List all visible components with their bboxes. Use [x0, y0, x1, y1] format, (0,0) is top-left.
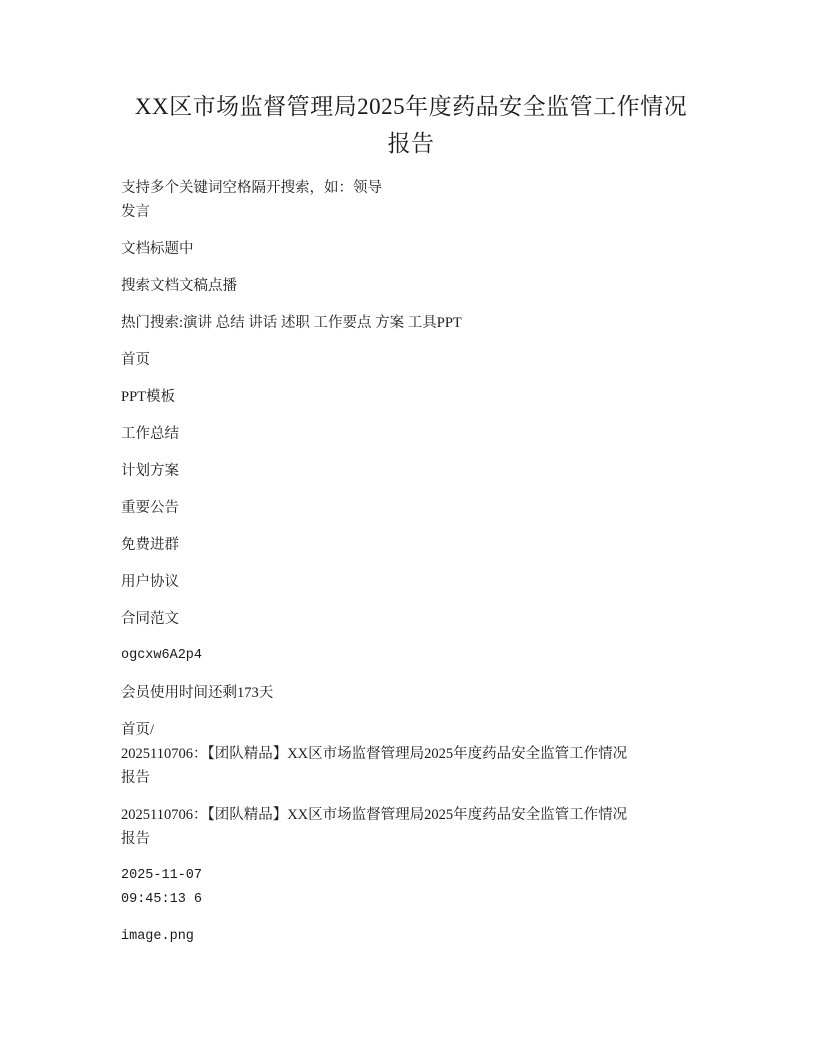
title-line-1: XX区市场监督管理局2025年度药品安全监管工作情况	[111, 88, 711, 125]
nav-item-plans[interactable]: 计划方案	[121, 459, 701, 483]
image-filename: image.png	[121, 925, 701, 949]
publish-time-and-count: 09:45:13 6	[121, 888, 701, 912]
breadcrumb-home[interactable]: 首页/	[121, 718, 701, 742]
search-doc-vod-link[interactable]: 搜索文档文稿点播	[121, 274, 701, 298]
title-line-2: 报告	[111, 125, 711, 162]
nav-item-home[interactable]: 首页	[121, 348, 701, 372]
publish-meta: 2025-11-07 09:45:13 6	[121, 864, 701, 912]
hot-search: 热门搜索:演讲 总结 讲话 述职 工作要点 方案 工具PPT	[121, 311, 701, 335]
nav-item-announcements[interactable]: 重要公告	[121, 496, 701, 520]
search-hint: 支持多个关键词空格隔开搜索，如：领导 发言	[121, 176, 701, 224]
breadcrumb: 首页/ 2025110706：【团队精品】XX区市场监督管理局2025年度药品安…	[121, 718, 701, 790]
nav-item-contract-templates[interactable]: 合同范文	[121, 607, 701, 631]
document-page: XX区市场监督管理局2025年度药品安全监管工作情况 报告 支持多个关键词空格隔…	[121, 88, 701, 962]
doc-title-in-option[interactable]: 文档标题中	[121, 237, 701, 261]
article-title-line-1: 2025110706：【团队精品】XX区市场监督管理局2025年度药品安全监管工…	[121, 803, 701, 827]
publish-date: 2025-11-07	[121, 864, 701, 888]
nav-item-ppt-templates[interactable]: PPT模板	[121, 385, 701, 409]
search-hint-line-1: 支持多个关键词空格隔开搜索，如：领导	[121, 176, 701, 200]
nav-item-join-group[interactable]: 免费进群	[121, 533, 701, 557]
nav-item-work-summary[interactable]: 工作总结	[121, 422, 701, 446]
article-title-line-2: 报告	[121, 827, 701, 851]
search-hint-line-2: 发言	[121, 200, 701, 224]
article-title: 2025110706：【团队精品】XX区市场监督管理局2025年度药品安全监管工…	[121, 803, 701, 851]
membership-remaining: 会员使用时间还剩173天	[121, 681, 701, 705]
user-id: ogcxw6A2p4	[121, 644, 701, 668]
document-title: XX区市场监督管理局2025年度药品安全监管工作情况 报告	[111, 88, 711, 162]
nav-item-user-agreement[interactable]: 用户协议	[121, 570, 701, 594]
breadcrumb-current-line-1: 2025110706：【团队精品】XX区市场监督管理局2025年度药品安全监管工…	[121, 742, 701, 766]
breadcrumb-current-line-2: 报告	[121, 766, 701, 790]
